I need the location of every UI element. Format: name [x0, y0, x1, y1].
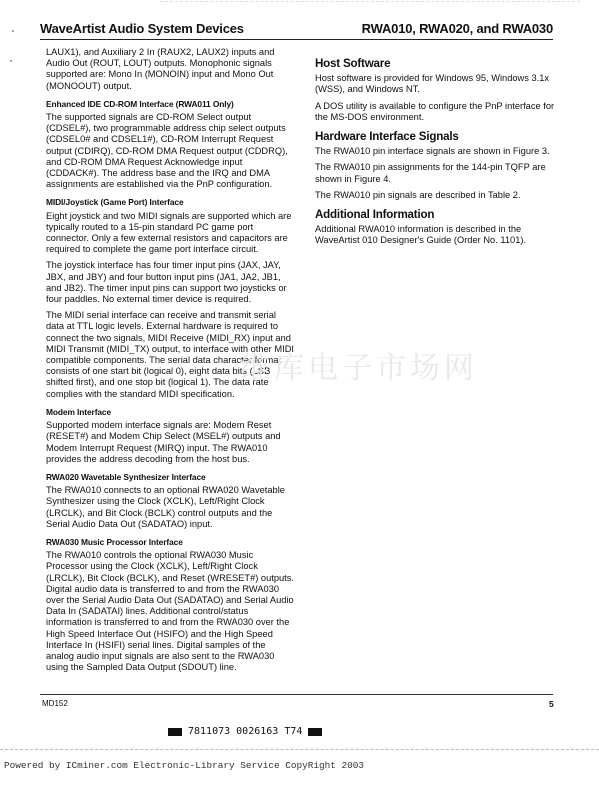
paragraph: A DOS utility is available to configure … — [315, 101, 555, 123]
section-heading-host-software: Host Software — [315, 58, 555, 69]
barcode-strip: 7811073 0026163 T74 — [168, 726, 322, 737]
paragraph: The RWA010 connects to an optional RWA02… — [46, 485, 296, 530]
section-heading-rwa030: RWA030 Music Processor Interface — [46, 537, 296, 548]
page-header: WaveArtist Audio System Devices RWA010, … — [40, 21, 553, 40]
footer-divider — [40, 694, 553, 695]
paragraph: The RWA010 pin assignments for the 144-p… — [315, 162, 555, 184]
paragraph: The RWA010 pin interface signals are sho… — [315, 146, 555, 157]
header-title-right: RWA010, RWA020, and RWA030 — [362, 21, 553, 36]
barcode-text: 7811073 0026163 T74 — [188, 726, 302, 737]
paragraph: Additional RWA010 information is describ… — [315, 224, 555, 246]
footer-page-number: 5 — [549, 699, 554, 709]
paragraph: Host software is provided for Windows 95… — [315, 73, 555, 95]
scan-speck — [12, 30, 14, 32]
scan-artifact-top — [160, 1, 580, 4]
section-heading-modem: Modem Interface — [46, 407, 296, 418]
paragraph: Eight joystick and two MIDI signals are … — [46, 211, 296, 256]
intro-paragraph: LAUX1), and Auxiliary 2 In (RAUX2, LAUX2… — [46, 47, 296, 92]
right-column: Host Software Host software is provided … — [315, 58, 555, 252]
paragraph: Supported modem interface signals are: M… — [46, 420, 296, 465]
barcode-block-icon — [168, 728, 182, 736]
section-heading-midi-joystick: MIDI/Joystick (Game Port) Interface — [46, 197, 296, 208]
powered-by-notice: Powered by ICminer.com Electronic-Librar… — [4, 760, 364, 771]
paragraph: The RWA010 controls the optional RWA030 … — [46, 550, 296, 673]
scan-speck — [10, 60, 12, 62]
paragraph: The supported signals are CD-ROM Select … — [46, 112, 296, 190]
section-heading-rwa020: RWA020 Wavetable Synthesizer Interface — [46, 472, 296, 483]
section-heading-cdrom: Enhanced IDE CD-ROM Interface (RWA011 On… — [46, 99, 296, 110]
watermark: 维库电子市场网 — [240, 343, 478, 387]
footer-doc-code: MD152 — [42, 699, 68, 708]
paragraph: The joystick interface has four timer in… — [46, 260, 296, 305]
barcode-block-icon — [308, 728, 322, 736]
section-heading-additional-info: Additional Information — [315, 209, 555, 220]
scan-artifact-bottom — [0, 749, 599, 750]
section-heading-hardware-signals: Hardware Interface Signals — [315, 131, 555, 142]
header-title-left: WaveArtist Audio System Devices — [40, 21, 244, 36]
paragraph: The RWA010 pin signals are described in … — [315, 190, 555, 201]
